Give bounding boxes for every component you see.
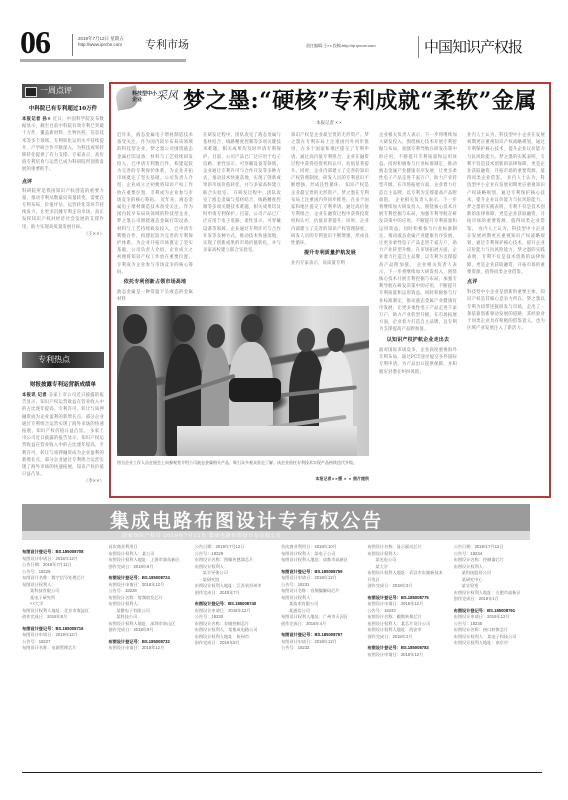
- photo-head: [241, 314, 263, 342]
- photo-person: [117, 346, 157, 456]
- col5-text-cont2: 业内人士认为，科技型中小企业在发展初期更应重视知识产权战略规划，通过专利保护核心…: [467, 227, 545, 275]
- col3-tail: 业内专家表示，高质量专利: [291, 261, 345, 266]
- col5-text: 业内人士认为，科技型中小企业在发展初期更应重视知识产权战略规划，通过专利保护核心…: [467, 133, 545, 181]
- article-column-4: 企业相关负责人表示，下一步将继续加大研发投入，围绕核心技术开展专利挖掘与布局，加…: [379, 132, 457, 492]
- section-title: 专利市场: [145, 36, 189, 52]
- site-url[interactable]: http://www.iprchn.com: [78, 42, 124, 48]
- announcement-line: 创作完成日：2018年8月: [22, 614, 100, 621]
- announcement-line: 布图设计权利人地址：武汉市东湖新技术开发区: [367, 570, 445, 583]
- sidebar-author-2: （李××）: [22, 478, 104, 484]
- patent-hotspot-label: 专利热点: [22, 352, 104, 368]
- announcement-line: 布图设计权利人地址：江苏省苏州市: [195, 583, 273, 590]
- col5-text-cont: 业内人士认为，科技型中小企业在发展初期更应重视知识产权战略规划，通过专利保护核心…: [467, 176, 545, 231]
- col3-text-cont: 知识产权是企业最宝贵的无形资产。梦之墨在专利布局上注重国内外同步推进，在多个国家…: [291, 183, 369, 246]
- announcement-line: 创作完成日：2018年6月: [108, 564, 186, 571]
- announcement-columns: 布图设计登记号：BS.185008708布图设计申请日：2018年12月公告日期…: [22, 544, 532, 764]
- announcement-subbar: 国家知识产权局 2019年7月12日 集成电路布图设计专有权公告: [22, 531, 530, 540]
- col1-text: 近年来，液态金属电子增材制造技术备受关注。作为国内较早布局该领域的科技型企业，梦…: [117, 133, 193, 203]
- weekly-review-label: 一周点评: [22, 84, 104, 98]
- announcement-column: 首次商业利用日：2018年10月布图设计权利人：某电子公司布图设计权利人地址：成…: [281, 544, 359, 764]
- masthead-underbar: [20, 59, 186, 62]
- article-column-5: 业内人士认为，科技型中小企业在发展初期更应重视知识产权战略规划，通过专利保护核心…: [467, 132, 545, 492]
- col2-text: 在研发过程中，团队攻克了液态金属与基材结合、线路精度控制等多项关键技术难题，相关…: [203, 133, 281, 196]
- sidebar-lead-1: 本报记者 孙×: [22, 117, 51, 122]
- sidebar-article-2: 财报披露专利运营新成绩单 本报讯 记者 多家上市公司近日披露的报告显示，知识产权…: [22, 374, 104, 484]
- col1-text-cont: 近年来，液态金属电子增材制造技术备受关注。作为国内较早布局该领域的科技型企业，梦…: [117, 198, 193, 275]
- sidebar-body-2-repeat: 多家上市公司近日披露的报告显示，知识产权运营收益在营业收入中的占比逐年提高，专利…: [22, 429, 104, 477]
- col4-subheading: 以知识产权护航企业走出去: [379, 337, 457, 344]
- drone-body: [229, 378, 281, 402]
- sidebar-headline-1[interactable]: 中科院已有专利超过10万件: [22, 104, 104, 112]
- announcement-line: 创作完成日：2018年9月: [108, 627, 186, 634]
- editor-line: 责任编辑:王×× 投稿:http://ip.ipcom.com: [306, 43, 376, 49]
- col5-tail: 科技型中小企业是创新的重要主体，知识产权是其核心竞争力所在。梦之墨以专利为纽带连…: [467, 290, 545, 331]
- announcement-line: 布图设计权利人地址：成都市高新区: [281, 557, 359, 564]
- announcement-line: 创作完成日：2018年2月: [367, 634, 445, 641]
- announcement-line: 公告号：18232: [281, 645, 359, 652]
- sidebar-body-1: 近日，中国科学院发布数据显示，截至目前中科院有效专利已突破十万件，覆盖新材料、生…: [22, 117, 104, 172]
- masthead-divider-right: [418, 36, 419, 58]
- announcement-line: 布图设计权利人地址：广州市天河区: [281, 614, 359, 621]
- sidebar-headline-2[interactable]: 财报披露专利运营新成绩单: [22, 380, 104, 388]
- article-title: 梦之墨:“硬核”专利成就“柔软”金属: [183, 84, 537, 115]
- col5-subheading: 点评: [467, 279, 545, 286]
- announcement-column: 布图设计名称：显示驱动芯片布图设计权利人：某光电公司某大学布图设计权利人地址：武…: [367, 544, 445, 764]
- photo-head: [327, 328, 345, 352]
- newspaper-logo: 中国知识产权报: [424, 36, 522, 57]
- announcement-line: 创作完成日：2018年5月: [195, 640, 273, 647]
- article-byline: 本报记者 × ×: [316, 120, 342, 126]
- col1-subheading: 依托专利创新占领市场高地: [117, 279, 193, 286]
- col3-subheading: 提升专利质量护航发展: [291, 250, 369, 257]
- sidebar-comment-body: 科研院所是我国知识产权创造的重要力量，推动专利从数量向质量转变，需要在专利布局、…: [22, 188, 104, 231]
- announcement-banner: 集成电路布图设计专有权公告: [22, 504, 530, 531]
- sidebar-body-2: 多家上市公司近日披露的报告显示，知识产权运营收益在营业收入中的占比逐年提高，专利…: [22, 393, 104, 434]
- announcement-column: 公告日期：2019年7月12日公告号：18234布图设计名称：控制器芯片布图设计…: [454, 544, 532, 764]
- announcement-line: 创作完成日：2018年7月: [195, 590, 273, 597]
- announcement-line: 创作完成日：2018年4月: [281, 621, 359, 628]
- col4-text: 企业相关负责人表示，下一步将继续加大研发投入，围绕核心技术开展专利挖掘与布局，加…: [379, 133, 457, 203]
- article-column-1: 近年来，液态金属电子增材制造技术备受关注。作为国内较早布局该领域的科技型企业，梦…: [117, 132, 193, 304]
- announcement-line: 创作完成日：2018年1月: [454, 596, 532, 603]
- photo-head: [297, 328, 315, 352]
- photo-head: [123, 314, 147, 344]
- announcement-line: 布图设计名称：电源管理芯片: [22, 645, 100, 652]
- announcement-column: 首次商业利用日布图设计权利人：某公司布图设计权利人地址：上海市浦东新区创作完成日…: [108, 544, 186, 764]
- masthead-dateline: 2019年7月12日 星期五 http://www.iprchn.com: [78, 36, 124, 48]
- masthead: 06 2019年7月12日 星期五 http://www.iprchn.com …: [20, 22, 550, 62]
- announcement-line: 布图设计申请日：2018年12月: [367, 652, 445, 659]
- announcement-line: 创作完成日：2018年3月: [367, 583, 445, 590]
- col4-text-cont2: 企业相关负责人表示，下一步将继续加大研发投入，围绕核心技术开展专利挖掘与布局，加…: [379, 263, 457, 333]
- announcement-column: 公告日期：2019年7月12日公告号：18229布图设计名称：图像传感器芯片布图…: [195, 544, 273, 764]
- announcement-subtitle: 国家知识产权局 2019年7月12日 集成电路布图设计专有权公告: [122, 532, 282, 539]
- masthead-divider: [72, 34, 73, 56]
- col4-text-cont: 企业相关负责人表示，下一步将继续加大研发投入，围绕核心技术开展专利挖掘与布局，加…: [379, 198, 457, 268]
- photo-caption: 图为企业工作人员在展会上向参观者介绍公司液态金属相关产品，吸引众多观众驻足了解。…: [117, 460, 369, 466]
- photo-credit: 本报记者××摄 × × 图片提供: [117, 476, 369, 482]
- display-table: [177, 426, 357, 456]
- sidebar-article-1: 本报记者 孙× 近日，中国科学院发布数据显示，截至目前中科院有效专利已突破十万件…: [22, 116, 104, 174]
- col3-text: 知识产权是企业最宝贵的无形资产。梦之墨在专利布局上注重国内外同步推进，在多个国家…: [291, 133, 369, 188]
- feature-article: 科技型中小企业 采风 梦之墨:“硬核”专利成就“柔软”金属 本报记者 × × 近…: [109, 82, 551, 498]
- badge-script: 采风: [156, 87, 178, 103]
- page-bottom-rule: [22, 772, 542, 773]
- photo-head: [207, 324, 225, 348]
- badge-text: 科技型中小企业: [132, 91, 158, 103]
- article-column-2: 在研发过程中，团队攻克了液态金属与基材结合、线路精度控制等多项关键技术难题，相关…: [203, 132, 281, 304]
- announcement-line: 布图设计权利人地址：南京市: [454, 640, 532, 647]
- sidebar-lead-2: 本报讯 记者: [22, 393, 47, 398]
- sidebar-body-2-wrap: 本报讯 记者 多家上市公司近日披露的报告显示，知识产权运营收益在营业收入中的占比…: [22, 392, 104, 478]
- page-number: 06: [20, 26, 50, 58]
- announcement-column: 布图设计登记号：BS.185008708布图设计申请日：2018年12月公告日期…: [22, 544, 100, 764]
- announcement-title: 集成电路布图设计专有权公告: [110, 506, 383, 533]
- announcement-line: 布图设计申请日：2018年12月: [108, 645, 186, 652]
- column-badge: 科技型中小企业 采风: [116, 87, 178, 111]
- sidebar-comment-heading: 点评: [22, 178, 104, 185]
- col4-tail: 面对国际市场竞争，企业高度重视海外专利布局，通过PCT途径提交多件国际专利申请，…: [379, 348, 457, 375]
- announcement-line: 布图设计权利人地址：上海市浦东新区: [108, 557, 186, 564]
- photo-head: [173, 314, 195, 342]
- article-photo[interactable]: [117, 306, 369, 456]
- col1-tail: 液态金属是一种常温下呈液态的金属材料: [117, 290, 193, 302]
- left-sidebar-column: 一周点评 中科院已有专利超过10万件 本报记者 孙× 近日，中国科学院发布数据显…: [22, 84, 104, 494]
- article-column-3: 知识产权是企业最宝贵的无形资产。梦之墨在专利布局上注重国内外同步推进，在多个国家…: [291, 132, 369, 304]
- sidebar-comment-author: （王××）: [22, 231, 104, 237]
- col2-text-cont: 在研发过程中，团队攻克了液态金属与基材结合、线路精度控制等多项关键技术难题，相关…: [203, 191, 281, 254]
